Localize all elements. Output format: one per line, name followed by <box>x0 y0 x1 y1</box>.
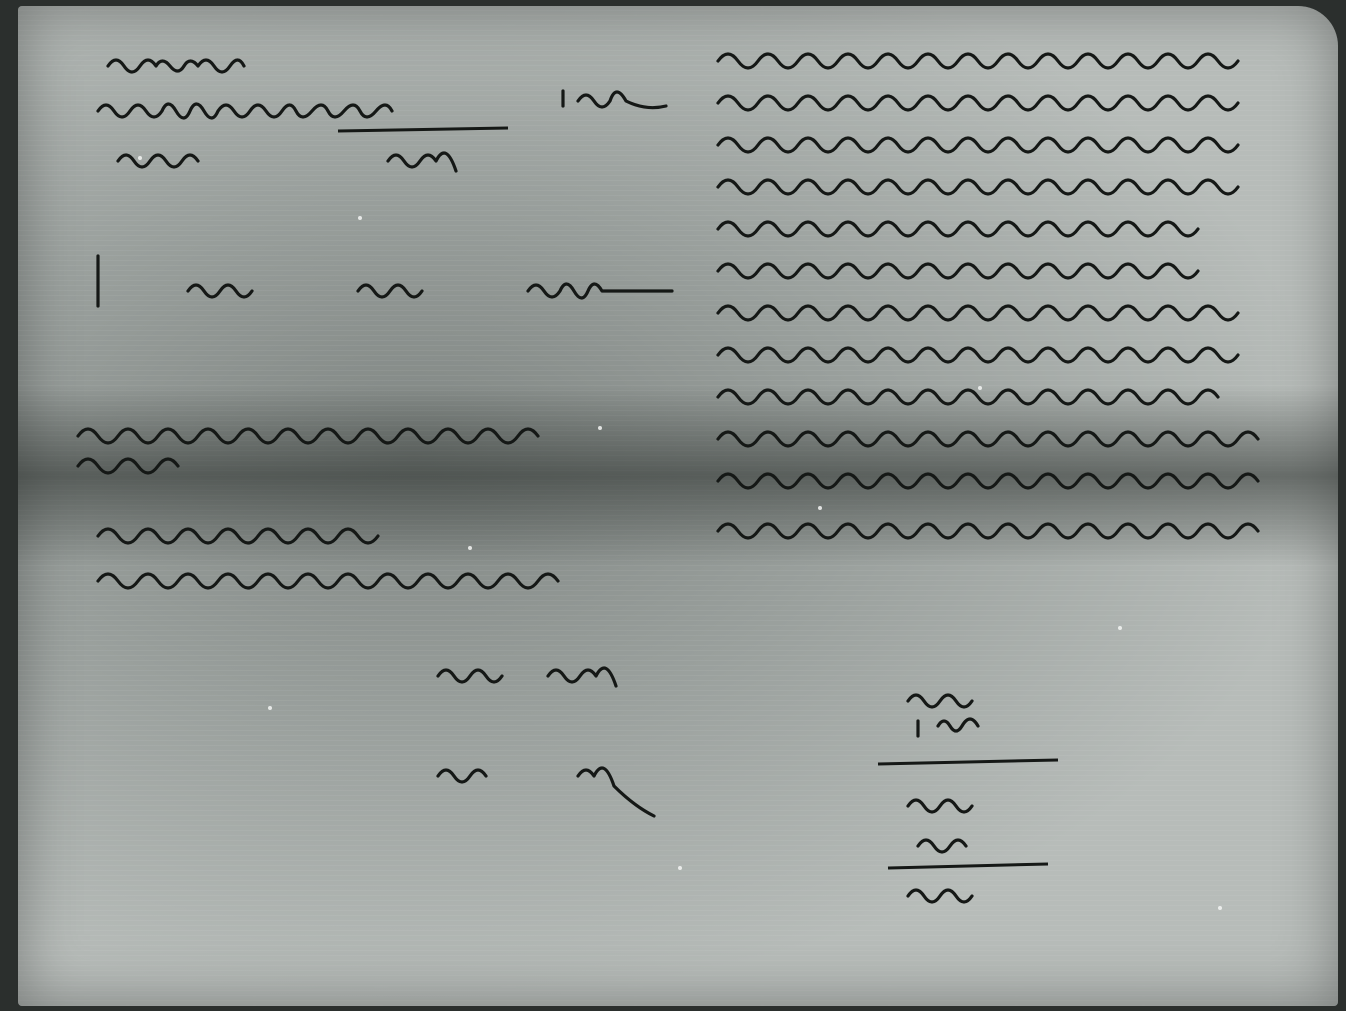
speck <box>1118 626 1122 630</box>
top-middle-mark <box>558 71 688 141</box>
manuscript-board <box>18 6 1338 1006</box>
speck <box>468 546 472 550</box>
speck <box>138 156 142 160</box>
speck <box>358 216 362 220</box>
speck <box>818 506 822 510</box>
top-left-block <box>88 36 548 176</box>
document-summary: photograph of handwritten manuscript boa… <box>0 0 1 1</box>
right-calculation <box>858 646 1078 906</box>
left-row-of-words <box>78 246 718 316</box>
left-paragraph <box>38 406 638 606</box>
speck <box>678 866 682 870</box>
speck <box>598 426 602 430</box>
centre-list <box>428 646 748 816</box>
speck <box>978 386 982 390</box>
speck <box>268 706 272 710</box>
right-column-text <box>708 31 1298 571</box>
speck <box>1218 906 1222 910</box>
